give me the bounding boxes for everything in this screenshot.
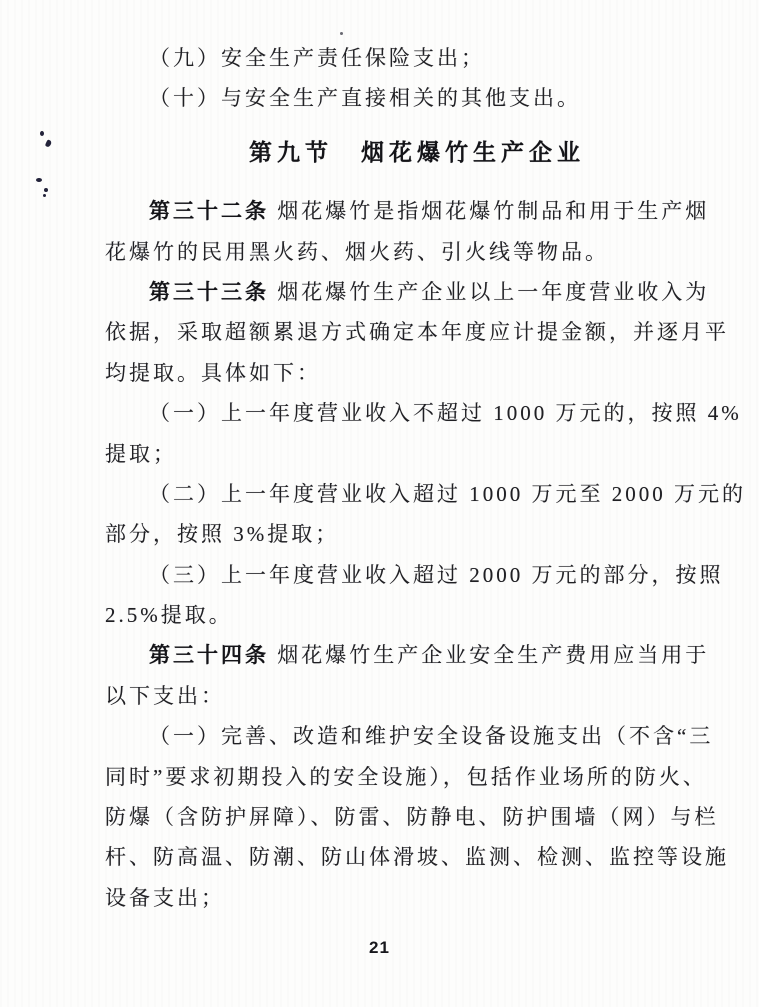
line-text: 烟花爆竹生产企业以上一年度营业收入为 bbox=[269, 280, 709, 304]
article-number: 第三十三条 bbox=[149, 281, 269, 304]
page-number: 21 bbox=[0, 938, 759, 958]
text-line: 同时”要求初期投入的安全设施），包括作业场所的防火、 bbox=[105, 757, 729, 797]
ink-speck bbox=[43, 194, 46, 197]
text-line: 设备支出； bbox=[105, 878, 729, 918]
text-line: 依据，采取超额累退方式确定本年度应计提金额，并逐月平 bbox=[105, 312, 729, 352]
text-line: 2.5%提取。 bbox=[105, 595, 729, 635]
text-line: 部分，按照 3%提取； bbox=[105, 514, 729, 554]
line-text: （一）上一年度营业收入不超过 1000 万元的，按照 4% bbox=[149, 401, 742, 425]
line-text: 依据，采取超额累退方式确定本年度应计提金额，并逐月平 bbox=[105, 320, 729, 344]
text-line: （三）上一年度营业收入超过 2000 万元的部分，按照 bbox=[105, 555, 729, 595]
line-text: 烟花爆竹生产企业安全生产费用应当用于 bbox=[269, 643, 709, 667]
line-text: （十）与安全生产直接相关的其他支出。 bbox=[149, 86, 581, 110]
line-text: （三）上一年度营业收入超过 2000 万元的部分，按照 bbox=[149, 563, 724, 587]
line-text: （一）完善、改造和维护安全设备设施支出（不含“三 bbox=[149, 724, 713, 748]
text-line: 以下支出： bbox=[105, 676, 729, 716]
line-text: 2.5%提取。 bbox=[105, 603, 233, 627]
ink-speck bbox=[40, 131, 44, 136]
section-heading: 第九节 烟花爆竹生产企业 bbox=[105, 132, 729, 172]
dust-speck bbox=[340, 32, 343, 35]
text-line: 杆、防高温、防潮、防山体滑坡、监测、检测、监控等设施 bbox=[105, 837, 729, 877]
line-text: 第九节 烟花爆竹生产企业 bbox=[249, 139, 585, 165]
ink-speck bbox=[45, 139, 52, 147]
text-line: （十）与安全生产直接相关的其他支出。 bbox=[105, 78, 729, 118]
line-text: 部分，按照 3%提取； bbox=[105, 522, 339, 546]
text-block: （九）安全生产责任保险支出；（十）与安全生产直接相关的其他支出。第九节 烟花爆竹… bbox=[105, 38, 729, 918]
scanned-document: { "doc": { "page_number": "21", "lines":… bbox=[0, 0, 759, 1007]
text-line: 均提取。具体如下： bbox=[105, 353, 729, 393]
text-line: （二）上一年度营业收入超过 1000 万元至 2000 万元的 bbox=[105, 474, 729, 514]
ink-speck bbox=[44, 188, 48, 192]
text-line: （九）安全生产责任保险支出； bbox=[105, 38, 729, 78]
line-text: 设备支出； bbox=[105, 886, 225, 910]
text-line: 第三十四条 烟花爆竹生产企业安全生产费用应当用于 bbox=[105, 635, 729, 675]
document-page: （九）安全生产责任保险支出；（十）与安全生产直接相关的其他支出。第九节 烟花爆竹… bbox=[0, 0, 759, 1007]
line-text: 以下支出： bbox=[105, 684, 225, 708]
text-line: （一）上一年度营业收入不超过 1000 万元的，按照 4% bbox=[105, 393, 729, 433]
article-number: 第三十二条 bbox=[149, 200, 269, 223]
line-text: 杆、防高温、防潮、防山体滑坡、监测、检测、监控等设施 bbox=[105, 845, 729, 869]
text-line: 防爆（含防护屏障）、防雷、防静电、防护围墙（网）与栏 bbox=[105, 797, 729, 837]
text-line: 第三十三条 烟花爆竹生产企业以上一年度营业收入为 bbox=[105, 272, 729, 312]
text-line: 花爆竹的民用黑火药、烟火药、引火线等物品。 bbox=[105, 232, 729, 272]
line-text: （二）上一年度营业收入超过 1000 万元至 2000 万元的 bbox=[149, 482, 746, 506]
line-text: （九）安全生产责任保险支出； bbox=[149, 46, 485, 70]
line-text: 烟花爆竹是指烟花爆竹制品和用于生产烟 bbox=[269, 199, 709, 223]
text-line: 提取； bbox=[105, 434, 729, 474]
line-text: 提取； bbox=[105, 442, 177, 466]
line-text: 均提取。具体如下： bbox=[105, 361, 321, 385]
line-text: 花爆竹的民用黑火药、烟火药、引火线等物品。 bbox=[105, 240, 609, 264]
line-text: 防爆（含防护屏障）、防雷、防静电、防护围墙（网）与栏 bbox=[105, 805, 719, 829]
text-line: 第三十二条 烟花爆竹是指烟花爆竹制品和用于生产烟 bbox=[105, 191, 729, 231]
ink-speck bbox=[36, 178, 42, 182]
article-number: 第三十四条 bbox=[149, 644, 269, 667]
text-line: （一）完善、改造和维护安全设备设施支出（不含“三 bbox=[105, 716, 729, 756]
line-text: 同时”要求初期投入的安全设施），包括作业场所的防火、 bbox=[105, 765, 707, 789]
